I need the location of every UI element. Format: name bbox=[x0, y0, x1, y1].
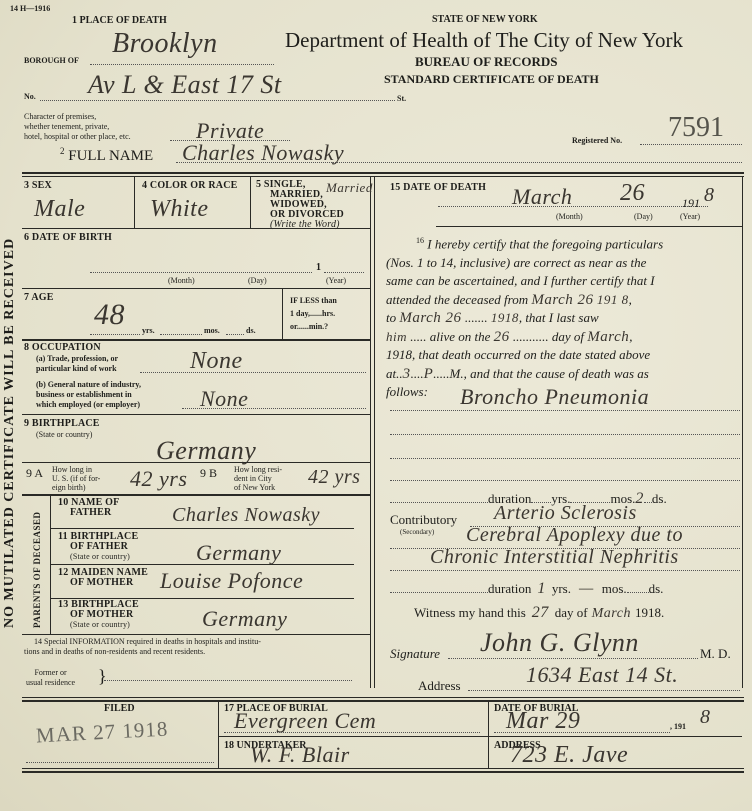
secondary-duration: duration1yrs.—mos.ds. bbox=[390, 580, 740, 598]
contributory-label: Contributory bbox=[390, 512, 457, 528]
attended-from: March 26 bbox=[531, 292, 593, 308]
attended-from-year: 191 8 bbox=[597, 292, 629, 307]
street-no-label: No. bbox=[24, 92, 36, 101]
age-yrs: yrs. bbox=[142, 326, 155, 335]
parents-label: PARENTS OF DECEASED bbox=[32, 511, 42, 628]
md-label: M. D. bbox=[700, 646, 731, 662]
date-of-death-day: 26 bbox=[620, 180, 645, 207]
side-banner: NO MUTILATED CERTIFICATE WILL BE RECEIVE… bbox=[2, 238, 18, 628]
special-info-text: 14 Special INFORMATION required in death… bbox=[34, 637, 261, 657]
signature-value: John G. Glynn bbox=[480, 628, 639, 658]
birthplace-sub: (State or country) bbox=[36, 430, 92, 439]
full-name-value: Charles Nowasky bbox=[182, 140, 344, 166]
secondary-duration-yrs: 1 bbox=[531, 580, 552, 597]
how-long-a-value: 42 yrs bbox=[130, 466, 187, 492]
registered-number: 7591 bbox=[668, 112, 724, 144]
street-st-label: St. bbox=[397, 94, 406, 103]
time-ampm: P bbox=[424, 366, 434, 382]
witness-month: March bbox=[588, 606, 635, 621]
registered-line bbox=[640, 144, 742, 145]
cause-primary: Broncho Pneumonia bbox=[460, 384, 649, 410]
color-race-label: 4 COLOR OR RACE bbox=[142, 180, 238, 191]
certification-block: 16 I hereby certify that the foregoing p… bbox=[386, 232, 740, 402]
place-of-death-section-label: 1 PLACE OF DEATH bbox=[72, 15, 167, 26]
department-heading: Department of Health of The City of New … bbox=[285, 28, 683, 53]
attended-to: March 26 bbox=[399, 310, 461, 326]
how-long-b-label: How long resi- dent in City of New York bbox=[234, 465, 282, 492]
birthplace-label: 9 BIRTHPLACE bbox=[24, 418, 100, 429]
color-race-value: White bbox=[150, 196, 208, 223]
age-mos: mos. bbox=[204, 326, 220, 335]
date-of-death-year-suffix: 8 bbox=[704, 184, 715, 207]
signature-label: Signature bbox=[390, 646, 440, 662]
last-saw-month: March bbox=[587, 329, 629, 345]
dod-day-caption: (Day) bbox=[634, 212, 653, 221]
form-code: 14 H—1916 bbox=[10, 4, 50, 13]
undertaker-address-value: 723 E. Jave bbox=[510, 742, 628, 769]
mother-birthplace-label: 13 BIRTHPLACE OF MOTHER (State or countr… bbox=[58, 600, 139, 630]
occupation-b-label: (b) General nature of industry, business… bbox=[36, 380, 141, 410]
former-residence-line bbox=[104, 680, 352, 681]
last-saw-day: 26 bbox=[494, 329, 510, 345]
contributory-3: Chronic Interstitial Nephritis bbox=[430, 546, 679, 569]
street-no-value: Av L & East 17 St bbox=[88, 70, 282, 100]
age-if-less: IF LESS than 1 day,......hrs. or......mi… bbox=[290, 294, 337, 333]
date-of-death-month: March bbox=[512, 184, 572, 210]
full-name-label: 2 FULL NAME bbox=[60, 146, 153, 165]
physician-address-value: 1634 East 14 St. bbox=[526, 662, 678, 688]
age-label: 7 AGE bbox=[24, 292, 54, 303]
contributory-1: Arterio Sclerosis bbox=[494, 502, 637, 525]
mother-name-value: Louise Pofonce bbox=[160, 568, 303, 594]
secondary-label: (Secondary) bbox=[400, 528, 434, 536]
how-long-a-tag: 9 A bbox=[26, 466, 43, 481]
date-of-death-label: 15 DATE OF DEATH bbox=[390, 182, 486, 193]
borough-label: BOROUGH OF bbox=[24, 56, 79, 65]
occupation-a-label: (a) Trade, profession, or particular kin… bbox=[36, 354, 118, 374]
father-name-label: 10 NAME OF FATHER bbox=[58, 498, 119, 518]
how-long-b-value: 42 yrs bbox=[308, 466, 360, 489]
age-ds: ds. bbox=[246, 326, 256, 335]
date-of-burial-value: Mar 29 bbox=[506, 708, 580, 735]
sex-value: Male bbox=[34, 196, 85, 223]
occupation-b-value: None bbox=[200, 386, 248, 412]
secondary-duration-mos: — bbox=[571, 580, 602, 597]
street-no-line bbox=[40, 100, 395, 101]
state-heading: STATE OF NEW YORK bbox=[432, 14, 538, 25]
mother-birthplace-value: Germany bbox=[202, 606, 287, 632]
filed-stamp: MAR 27 1918 bbox=[35, 717, 168, 749]
contributory-2: Cerebral Apoplexy due to bbox=[466, 524, 683, 547]
marital-value: Married bbox=[326, 180, 373, 196]
witness-line: Witness my hand this27day ofMarch1918. bbox=[414, 604, 664, 622]
last-saw: him bbox=[386, 329, 407, 344]
date-of-burial-year-suffix: 8 bbox=[700, 706, 711, 729]
dob-month-caption: (Month) bbox=[168, 276, 195, 285]
undertaker-value: W. F. Blair bbox=[250, 742, 350, 768]
registered-label: Registered No. bbox=[572, 136, 622, 145]
certificate-title: STANDARD CERTIFICATE OF DEATH bbox=[384, 72, 599, 87]
father-name-value: Charles Nowasky bbox=[172, 504, 320, 527]
time-hour: 3 bbox=[403, 366, 411, 382]
dob-year-prefix: 1 bbox=[316, 262, 321, 273]
place-of-burial-value: Evergreen Cem bbox=[234, 708, 376, 734]
mother-name-label: 12 MAIDEN NAME OF MOTHER bbox=[58, 568, 148, 588]
borough-value: Brooklyn bbox=[112, 28, 218, 60]
sex-label: 3 SEX bbox=[24, 180, 52, 191]
witness-day: 27 bbox=[526, 604, 555, 621]
date-of-death-year-prefix: 191 bbox=[682, 196, 700, 211]
filed-label: FILED bbox=[104, 703, 135, 714]
dod-month-caption: (Month) bbox=[556, 212, 583, 221]
attended-to-year: 1918 bbox=[491, 310, 519, 325]
father-birthplace-label: 11 BIRTHPLACE OF FATHER (State or countr… bbox=[58, 532, 138, 562]
how-long-a-label: How long in U. S. (if of for- eign birth… bbox=[52, 465, 100, 492]
occupation-a-value: None bbox=[190, 348, 243, 375]
age-value: 48 bbox=[94, 298, 125, 332]
dob-year-caption: (Year) bbox=[326, 276, 346, 285]
dod-year-caption: (Year) bbox=[680, 212, 700, 221]
occupation-label: 8 OCCUPATION bbox=[24, 342, 101, 353]
premises-label: Character of premises, whether tenement,… bbox=[24, 112, 131, 142]
former-residence-label: Former or usual residence bbox=[26, 668, 75, 688]
date-of-burial-year-prefix: , 191 bbox=[670, 722, 686, 731]
bureau-heading: BUREAU OF RECORDS bbox=[415, 54, 558, 70]
physician-address-label: Address bbox=[418, 678, 461, 694]
date-of-birth-label: 6 DATE OF BIRTH bbox=[24, 232, 112, 243]
dob-line bbox=[90, 272, 312, 273]
father-birthplace-value: Germany bbox=[196, 540, 281, 566]
borough-line bbox=[90, 64, 274, 65]
how-long-b-tag: 9 B bbox=[200, 466, 217, 481]
dob-day-caption: (Day) bbox=[248, 276, 267, 285]
